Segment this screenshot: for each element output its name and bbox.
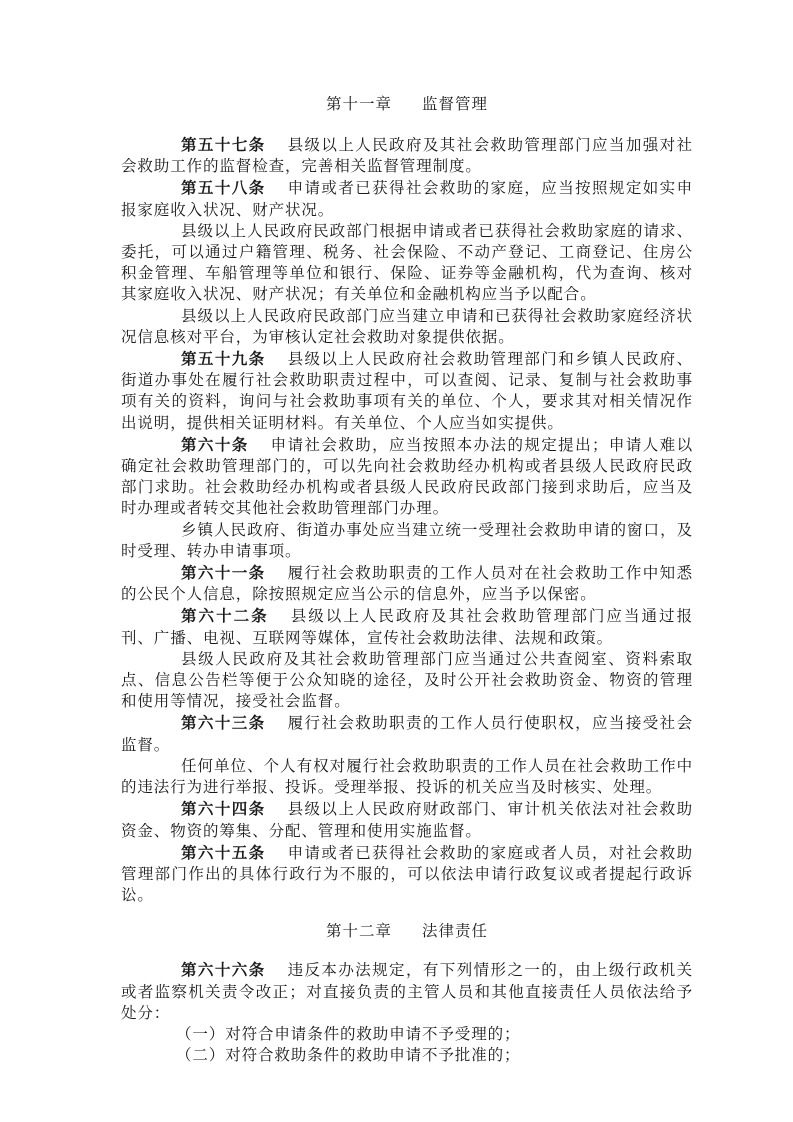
article-64: 第六十四条县级以上人民政府财政部门、审计机关依法对社会救助资金、物资的筹集、分配… [121, 798, 693, 841]
article-57: 第五十七条县级以上人民政府及其社会救助管理部门应当加强对社会救助工作的监督检查，… [121, 134, 693, 177]
chapter-number: 第十二章 [326, 922, 392, 940]
article-label: 第六十五条 [181, 843, 266, 862]
article-60: 第六十条申请社会救助，应当按照本办法的规定提出；申请人难以确定社会救助管理部门的… [121, 434, 693, 520]
article-label: 第六十六条 [181, 960, 266, 979]
article-61: 第六十一条履行社会救助职责的工作人员对在社会救助工作中知悉的公民个人信息，除按照… [121, 562, 693, 605]
article-text: 乡镇人民政府、街道办事处应当建立统一受理社会救助申请的窗口，及时受理、转办申请事… [121, 521, 693, 560]
list-item: （一）对符合申请条件的救助申请不予受理的； [121, 1024, 693, 1045]
chapter-number: 第十一章 [326, 95, 392, 113]
article-62: 第六十二条县级以上人民政府及其社会救助管理部门应当通过报刊、广播、电视、互联网等… [121, 605, 693, 648]
article-63-para-2: 任何单位、个人有权对履行社会救助职责的工作人员在社会救助工作中的违法行为进行举报… [121, 756, 693, 798]
article-58-para-3: 县级以上人民政府民政部门应当建立申请和已获得社会救助家庭经济状况信息核对平台，为… [121, 306, 693, 348]
article-label: 第六十四条 [181, 799, 266, 818]
article-58: 第五十八条申请或者已获得社会救助的家庭，应当按照规定如实申报家庭收入状况、财产状… [121, 177, 693, 220]
chapter-heading-11: 第十一章监督管理 [121, 93, 693, 115]
list-item: （二）对符合救助条件的救助申请不予批准的； [121, 1045, 693, 1066]
article-65: 第六十五条申请或者已获得社会救助的家庭或者人员，对社会救助管理部门作出的具体行政… [121, 842, 693, 907]
article-58-para-2: 县级以上人民政府民政部门根据申请或者已获得社会救助家庭的请求、委托，可以通过户籍… [121, 221, 693, 306]
article-text: 县级人民政府及其社会救助管理部门应当通过公共查阅室、资料索取点、信息公告栏等便于… [121, 650, 693, 710]
article-label: 第五十七条 [181, 135, 266, 154]
article-text: 县级以上人民政府民政部门应当建立申请和已获得社会救助家庭经济状况信息核对平台，为… [121, 307, 693, 346]
chapter-heading-12: 第十二章法律责任 [121, 920, 693, 942]
article-60-para-2: 乡镇人民政府、街道办事处应当建立统一受理社会救助申请的窗口，及时受理、转办申请事… [121, 520, 693, 562]
chapter-title: 监督管理 [422, 95, 488, 113]
article-label: 第五十八条 [181, 178, 266, 197]
article-text: 任何单位、个人有权对履行社会救助职责的工作人员在社会救助工作中的违法行为进行举报… [121, 757, 693, 796]
article-label: 第六十一条 [181, 563, 266, 582]
article-66: 第六十六条违反本办法规定，有下列情形之一的，由上级行政机关或者监察机关责令改正；… [121, 959, 693, 1024]
article-label: 第五十九条 [181, 349, 266, 368]
article-label: 第六十条 [181, 435, 249, 454]
document-page: 第十一章监督管理 第五十七条县级以上人民政府及其社会救助管理部门应当加强对社会救… [121, 0, 693, 1066]
article-label: 第六十二条 [181, 606, 269, 625]
article-62-para-2: 县级人民政府及其社会救助管理部门应当通过公共查阅室、资料索取点、信息公告栏等便于… [121, 649, 693, 713]
article-63: 第六十三条履行社会救助职责的工作人员行使职权，应当接受社会监督。 [121, 712, 693, 755]
article-label: 第六十三条 [181, 713, 266, 732]
article-text: 县级以上人民政府民政部门根据申请或者已获得社会救助家庭的请求、委托，可以通过户籍… [121, 222, 693, 304]
chapter-title: 法律责任 [422, 922, 488, 940]
article-59: 第五十九条县级以上人民政府社会救助管理部门和乡镇人民政府、街道办事处在履行社会救… [121, 348, 693, 434]
